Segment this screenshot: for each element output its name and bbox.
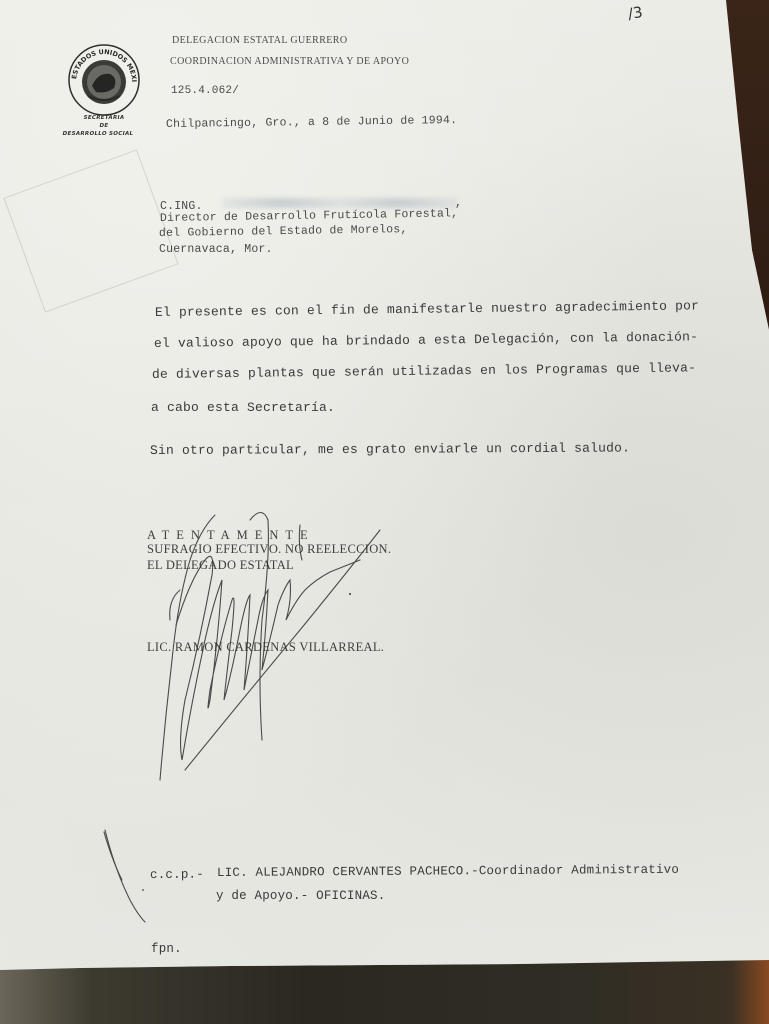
cc-line-2: y de Apoyo.- OFICINAS. — [216, 889, 385, 903]
handwritten-signature — [0, 0, 769, 975]
typist-initials: fpn. — [151, 942, 182, 956]
table-surface — [0, 960, 769, 1024]
letter-page: /3 ESTADOS UNIDOS MEXICANOS SECRETARIA D… — [0, 0, 769, 975]
cc-prefix: c.c.p.- — [150, 868, 204, 882]
